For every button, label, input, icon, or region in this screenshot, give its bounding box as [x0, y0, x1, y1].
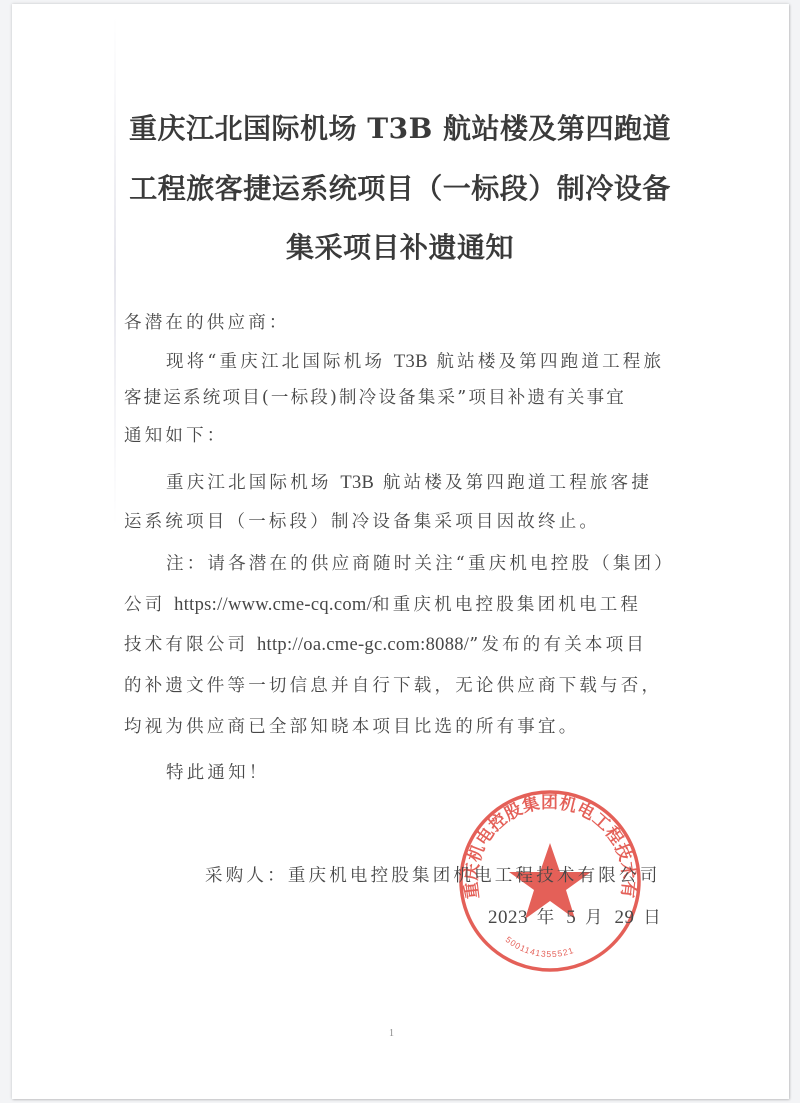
p2-text-b: 航站楼及第四跑道工程旅客捷 [374, 473, 652, 493]
purchaser-label: 采购人： [205, 866, 288, 886]
date-year: 2023 [488, 907, 528, 928]
p2-text-a: 重庆江北国际机场 [166, 473, 340, 493]
date-day-unit: 日 [634, 908, 663, 928]
paragraph-1-line-1: 现将“重庆江北国际机场 T3B 航站楼及第四跑道工程旅 [166, 350, 664, 374]
date-year-unit: 年 [528, 908, 566, 928]
purchaser-company: 重庆机电控股集团机电工程技术有限公司 [288, 866, 661, 886]
paragraph-3-line-2: 公司 https://www.cme-cq.com/和重庆机电控股集团机电工程 [124, 593, 641, 617]
document-title-line-3: 集采项目补遗通知 [0, 231, 800, 265]
date-day: 29 [614, 907, 634, 928]
document-title-line-1: 重庆江北国际机场 T3B 航站楼及第四跑道 [0, 112, 800, 146]
scan-artifact [114, 16, 116, 526]
p3-text-a: 公司 [124, 595, 174, 615]
stamp-code-text: 5001141355521 [504, 934, 576, 959]
paragraph-2-line-1: 重庆江北国际机场 T3B 航站楼及第四跑道工程旅客捷 [166, 471, 652, 495]
paragraph-1-line-2: 客捷运系统项目(一标段)制冷设备集采”项目补遗有关事宜 [124, 386, 626, 410]
purchaser-signature-line: 采购人：重庆机电控股集团机电工程技术有限公司 [205, 862, 660, 887]
paragraph-3-line-1: 注：请各潜在的供应商随时关注“重庆机电控股（集团） [166, 552, 675, 576]
paragraph-3-line-5: 均视为供应商已全部知晓本项目比选的所有事宜。 [124, 715, 579, 739]
link-cme-gc[interactable]: http://oa.cme-gc.com:8088/ [257, 635, 469, 655]
closing-remark: 特此通知！ [166, 761, 270, 785]
paragraph-2-line-2: 运系统项目（一标段）制冷设备集采项目因故终止。 [124, 510, 600, 534]
paragraph-1-line-3: 通知如下： [124, 424, 228, 448]
link-cme-cq[interactable]: https://www.cme-cq.com/ [174, 595, 372, 615]
document-date: 2023 年 5 月 29 日 [488, 904, 664, 929]
p1-text-b: 航站楼及第四跑道工程旅 [428, 352, 664, 372]
date-month-unit: 月 [576, 908, 614, 928]
svg-text:5001141355521: 5001141355521 [504, 934, 576, 959]
paragraph-3-line-4: 的补遗文件等一切信息并自行下载，无论供应商下载与否， [124, 674, 662, 698]
paragraph-3-line-3: 技术有限公司 http://oa.cme-gc.com:8088/”发布的有关本… [124, 633, 647, 657]
p2-terminal-code: T3B [340, 473, 374, 493]
page-number: 1 [389, 1028, 394, 1039]
date-month: 5 [566, 907, 576, 928]
p3-text-d: ”发布的有关本项目 [469, 635, 647, 655]
salutation: 各潜在的供应商： [124, 311, 290, 335]
p3-text-b: 和重庆机电控股集团机电工程 [372, 595, 641, 615]
document-title-line-2: 工程旅客捷运系统项目（一标段）制冷设备 [0, 172, 800, 206]
p3-text-c: 技术有限公司 [124, 635, 257, 655]
p1-text-a: 现将“重庆江北国际机场 [166, 352, 394, 372]
p1-terminal-code: T3B [394, 352, 428, 372]
